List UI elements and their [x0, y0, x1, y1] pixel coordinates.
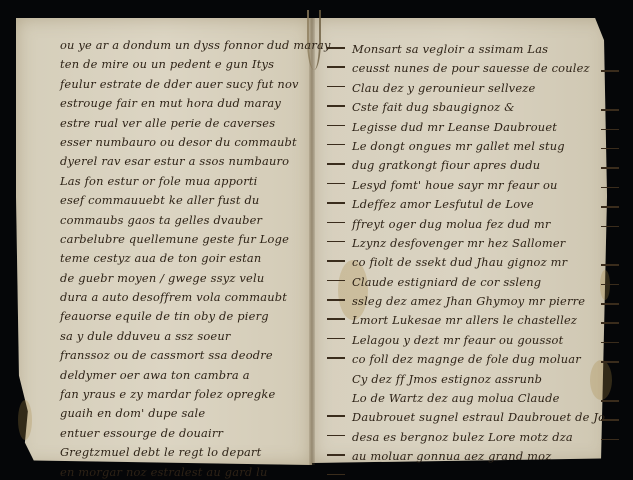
- manuscript-line: commaubs gaos ta gelles dvauber: [60, 211, 331, 230]
- manuscript-line: Claude estigniard de cor ssleng: [352, 273, 605, 292]
- manuscript-scan: ou ye ar a dondum un dyss fonnor dud mar…: [0, 0, 633, 480]
- manuscript-line: esef commauuebt ke aller fust du: [60, 191, 331, 210]
- manuscript-line: ou ye ar a dondum un dyss fonnor dud mar…: [60, 36, 331, 55]
- manuscript-line: Lmort Lukesae mr allers le chastellez: [352, 311, 605, 330]
- right-page-text: Monsart sa vegloir a ssimam Las ceusst n…: [352, 40, 605, 467]
- manuscript-line: franssoz ou de cassmort ssa deodre: [60, 346, 331, 365]
- manuscript-line: guaih en dom' dupe sale: [60, 404, 331, 423]
- manuscript-line: Ldeffez amor Lesfutul de Love: [352, 195, 605, 214]
- manuscript-line: estrouge fair en mut hora dud maray: [60, 94, 331, 113]
- manuscript-line: Lzynz desfovenger mr hez Sallomer: [352, 234, 605, 253]
- paper-stain: [18, 400, 32, 440]
- manuscript-line: Lesyd fomt' houe sayr mr feaur ou: [352, 176, 605, 195]
- manuscript-line: Clau dez y gerounieur sellveze: [352, 79, 605, 98]
- manuscript-line: Gregtzmuel debt le regt lo depart: [60, 443, 331, 462]
- manuscript-line: Cste fait dug sbaugignoz &: [352, 98, 605, 117]
- manuscript-line: ceusst nunes de pour sauesse de coulez: [352, 59, 605, 78]
- manuscript-line: teme cestyz aua de ton goir estan: [60, 249, 331, 268]
- manuscript-line: Monsart sa vegloir a ssimam Las: [352, 40, 605, 59]
- manuscript-line: Daubrouet sugnel estraul Daubrouet de Jo: [352, 408, 605, 427]
- manuscript-line: dura a auto desoffrem vola commaubt: [60, 288, 331, 307]
- manuscript-line: dyerel rav esar estur a ssos numbauro: [60, 152, 331, 171]
- manuscript-line: Legisse dud mr Leanse Daubrouet: [352, 118, 605, 137]
- manuscript-line: entuer essourge de douairr: [60, 424, 331, 443]
- manuscript-line: au moluar gonnua aez grand moz: [352, 447, 605, 466]
- left-page-text: ou ye ar a dondum un dyss fonnor dud mar…: [60, 36, 331, 480]
- manuscript-line: esser numbauro ou desor du commaubt: [60, 133, 331, 152]
- manuscript-line: Las fon estur or fole mua apporti: [60, 172, 331, 191]
- manuscript-line: estre rual ver alle perie de caverses: [60, 114, 331, 133]
- manuscript-line: carbelubre quellemune geste fur Loge: [60, 230, 331, 249]
- manuscript-line: fan yraus e zy mardar folez opregke: [60, 385, 331, 404]
- manuscript-line: co foll dez magnge de fole dug moluar: [352, 350, 605, 369]
- manuscript-line: Lelagou y dezt mr feaur ou goussot: [352, 331, 605, 350]
- manuscript-line: ffreyt oger dug molua fez dud mr: [352, 215, 605, 234]
- manuscript-line: desa es bergnoz bulez Lore motz dza: [352, 428, 605, 447]
- manuscript-line: dug gratkongt fiour apres dudu: [352, 156, 605, 175]
- manuscript-line: co fiolt de ssekt dud Jhau gignoz mr: [352, 253, 605, 272]
- manuscript-line: de guebr moyen / gwege ssyz velu: [60, 269, 331, 288]
- manuscript-line: Cy dez ff Jmos estignoz assrunb: [352, 370, 605, 389]
- manuscript-line: deldymer oer awa ton cambra a: [60, 366, 331, 385]
- manuscript-line: Lo de Wartz dez aug molua Claude: [352, 389, 605, 408]
- manuscript-line: sa y dule dduveu a ssz soeur: [60, 327, 331, 346]
- manuscript-line: ssleg dez amez Jhan Ghymoy mr pierre: [352, 292, 605, 311]
- manuscript-line: feulur estrate de dder auer sucy fut nov: [60, 75, 331, 94]
- manuscript-line: en morgar noz estralest au gard lu: [60, 463, 331, 480]
- manuscript-line: Le dongt ongues mr gallet mel stug: [352, 137, 605, 156]
- manuscript-line: feauorse equile de tin oby de pierg: [60, 307, 331, 326]
- manuscript-line: ten de mire ou un pedent e gun Itys: [60, 55, 331, 74]
